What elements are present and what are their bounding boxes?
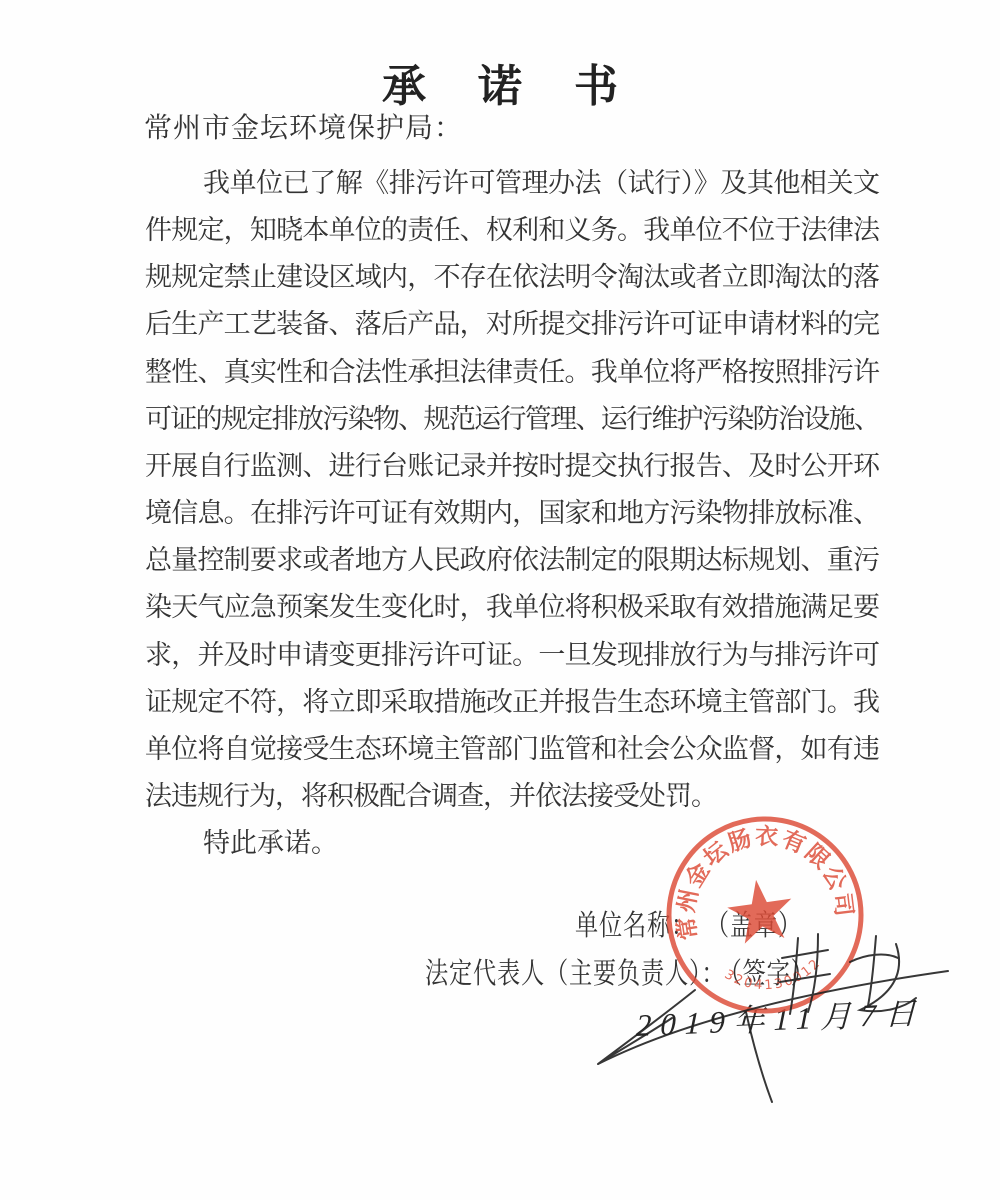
body-line: 可证的规定排放污染物、规范运行管理、运行维护污染防治设施、	[145, 397, 879, 436]
handwritten-date: 2019年11月7日	[635, 987, 925, 1045]
page-title: 承诺书	[0, 50, 1000, 114]
body-line: 件规定，知晓本单位的责任、权利和义务。我单位不位于法律法	[145, 208, 879, 247]
body-line: 后生产工艺装备、落后产品，对所提交排污许可证申请材料的完	[145, 302, 879, 341]
body-line: 法违规行为，将积极配合调查，并依法接受处罚。	[145, 774, 879, 813]
body-line: 单位将自觉接受生态环境主管部门监管和社会公众监督，如有违	[145, 727, 879, 766]
body-line: 染天气应急预案发生变化时，我单位将积极采取有效措施满足要	[145, 585, 879, 624]
seal-here-note: （盖章）	[717, 910, 801, 942]
body-line: 境信息。在排污许可证有效期内，国家和地方污染物排放标准、	[145, 491, 879, 530]
body-line: 总量控制要求或者地方人民政府依法制定的限期达标规划、重污	[145, 538, 879, 577]
sign-here-note: （签字）	[730, 958, 814, 990]
unit-name-row: 单位名称：（盖章）	[575, 903, 802, 944]
body-line: 整性、真实性和合法性承担法律责任。我单位将严格按照排污许	[145, 350, 879, 389]
body-line: 开展自行监测、进行台账记录并按时提交执行报告、及时公开环	[145, 444, 879, 483]
body-line: 证规定不符，将立即采取措施改正并报告生态环境主管部门。我	[145, 680, 879, 719]
scanned-page: 承诺书 常州市金坛环境保护局： 我单位已了解《排污许可管理办法（试行）》及其他相…	[0, 0, 1000, 1200]
legal-rep-row: 法定代表人（主要负责人）：（签字）	[425, 951, 815, 992]
body-line: 我单位已了解《排污许可管理办法（试行）》及其他相关文	[145, 161, 879, 200]
closing-line: 特此承诺。	[145, 821, 338, 860]
body-line: 规规定禁止建设区域内，不存在依法明令淘汰或者立即淘汰的落	[145, 255, 879, 294]
legal-rep-label: 法定代表人（主要负责人）：	[425, 958, 725, 990]
signature-glyph-stroke	[850, 955, 898, 962]
unit-name-label: 单位名称：	[575, 910, 695, 942]
body-line: 求，并及时申请变更排污许可证。一旦发现排放行为与排污许可	[145, 633, 879, 672]
addressee-line: 常州市金坛环境保护局：	[144, 106, 463, 146]
